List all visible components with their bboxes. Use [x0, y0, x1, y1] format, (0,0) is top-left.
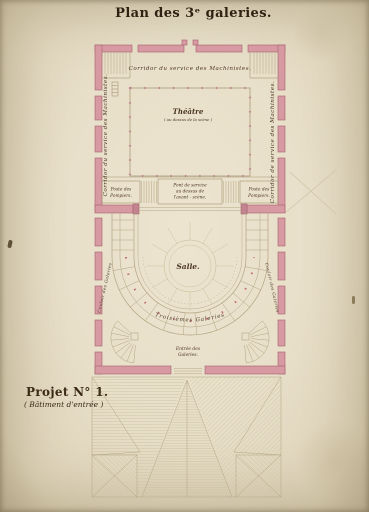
- plan-drawing: Corridor du service des Machinistes. Cor…: [0, 0, 369, 512]
- fan-stair-bottom-left: [111, 321, 138, 363]
- stage-void-outline: [130, 88, 250, 176]
- pump-room-right-line2: Pompiers.: [247, 194, 270, 199]
- gallery-arc-label: Troisièmes Galeries: [154, 312, 225, 323]
- bridge-box-line1: Pont de service: [172, 184, 207, 189]
- pencil-construction-lines: [285, 170, 336, 214]
- hall-label: Salle.: [176, 262, 200, 271]
- plan-walls: [95, 40, 285, 374]
- project-caption: Projet N° 1. ( Bâtiment d'entrée ): [26, 385, 108, 409]
- top-center-pier-left: [182, 40, 187, 45]
- pump-room-right-line1: Poste des: [248, 188, 270, 193]
- corridor-top-label: Corridor du service des Machinistes.: [129, 66, 252, 72]
- bridge-box-line2: au dessus de: [176, 190, 204, 195]
- corridor-left-label: Corridor du service des Machinistes.: [103, 74, 109, 197]
- proscenium-line: [139, 208, 241, 211]
- band-stair-right: [224, 181, 239, 203]
- paper-speck: [352, 296, 355, 304]
- roof-plan-entrance-building: [92, 377, 281, 497]
- entrance-label-line2: Galeries.: [178, 353, 198, 358]
- drawing-sheet: Plan des 3ᵉ galeries.: [0, 0, 369, 512]
- corridor-right-label: Corridor de service des Machinistes.: [270, 81, 276, 203]
- fan-stair-bottom-right: [242, 321, 269, 363]
- project-subtitle: ( Bâtiment d'entrée ): [24, 400, 108, 409]
- bridge-box-line3: l'avant - scène.: [174, 196, 207, 201]
- entrance-steps: [174, 369, 202, 374]
- pump-room-left-line2: Pompiers.: [109, 194, 132, 199]
- pump-room-left-line1: Poste des: [110, 188, 132, 193]
- entrance-label-line1: Entrée des: [175, 347, 201, 352]
- stage-posts: [130, 88, 250, 176]
- stage-note: ( au dessus de la scène ): [164, 117, 213, 122]
- project-number: Projet N° 1.: [26, 385, 108, 399]
- top-center-pier-right: [193, 40, 198, 45]
- ladder-icon: [112, 82, 118, 96]
- stage-label: Théâtre: [173, 107, 204, 116]
- band-stair-left: [142, 181, 157, 203]
- corner-stair-top-right: [250, 52, 278, 78]
